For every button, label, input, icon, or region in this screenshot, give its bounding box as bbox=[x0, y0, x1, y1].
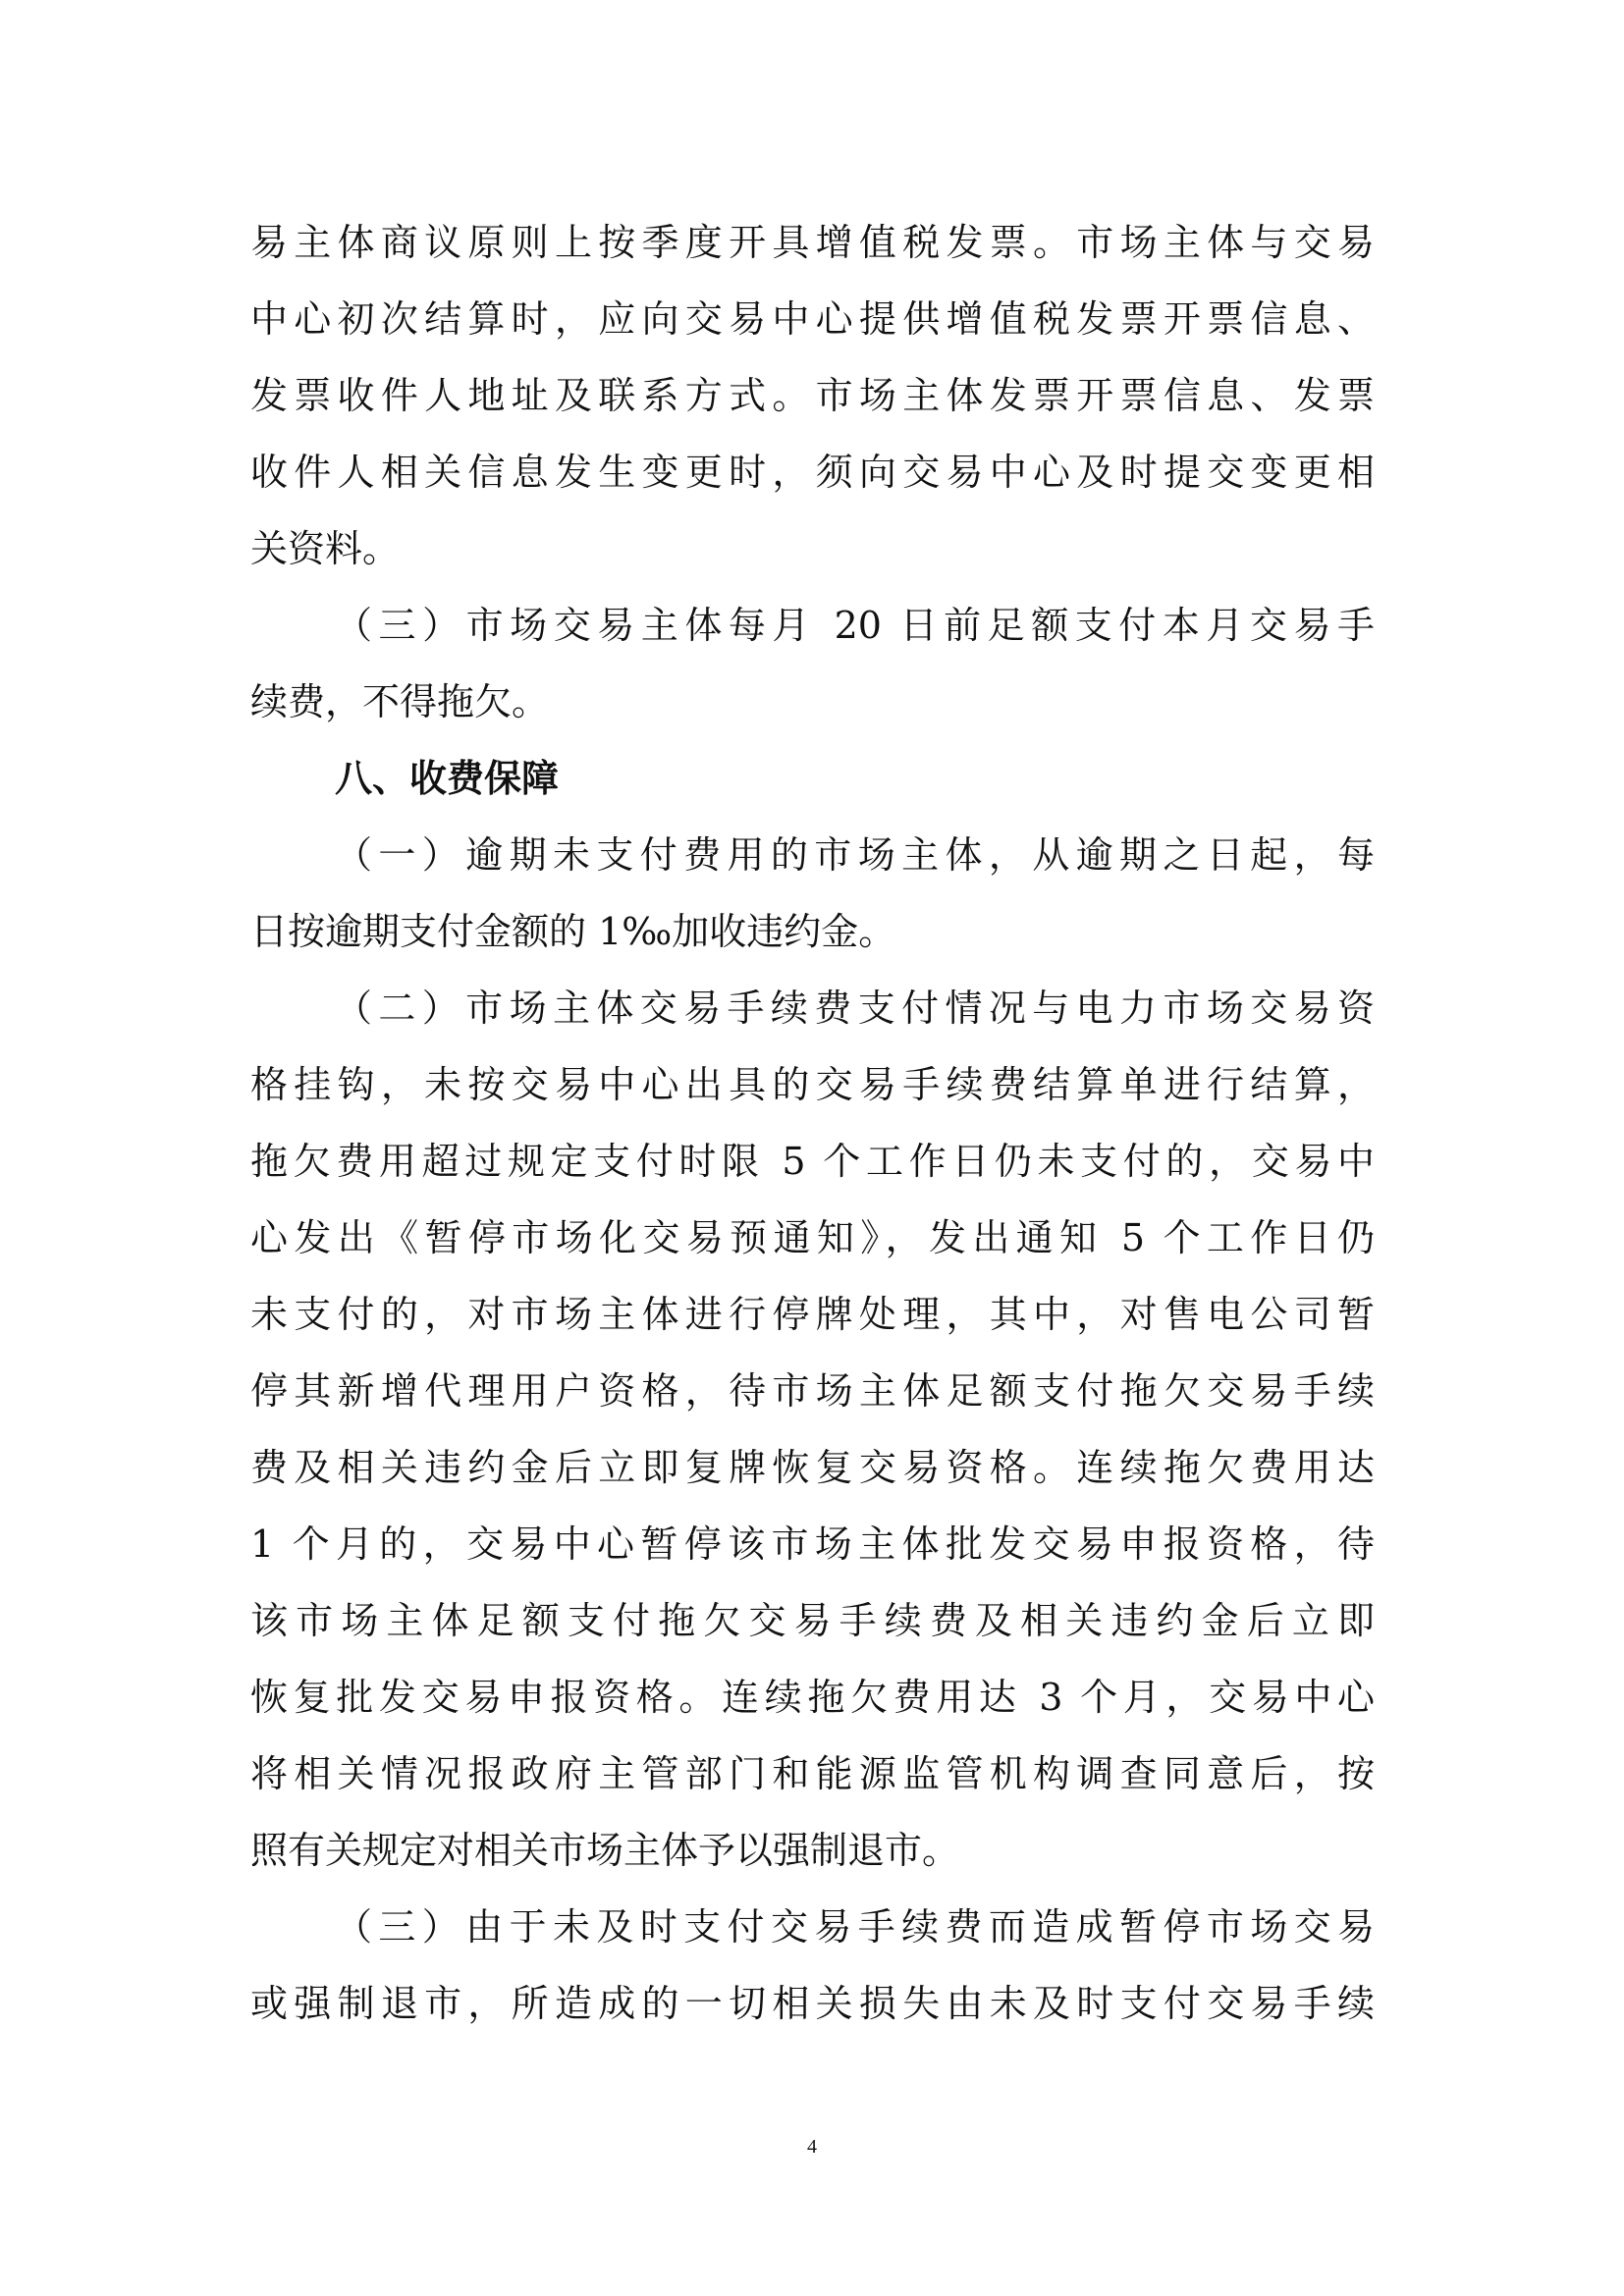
paragraph-end-line: 照有关规定对相关市场主体予以强制退市。 bbox=[250, 1812, 1375, 1889]
paragraph-end-line: 关资料。 bbox=[250, 510, 1375, 587]
paragraph-line: 费及相关违约金后立即复牌恢复交易资格。连续拖欠费用达 bbox=[250, 1429, 1375, 1506]
paragraph-line: 未支付的，对市场主体进行停牌处理，其中，对售电公司暂 bbox=[250, 1276, 1375, 1353]
document-page: 易主体商议原则上按季度开具增值税发票。市场主体与交易 中心初次结算时，应向交易中… bbox=[0, 0, 1624, 2296]
paragraph-continuation-line: 中心初次结算时，应向交易中心提供增值税发票开票信息、 bbox=[250, 281, 1375, 357]
clause-3-loss-liability: （三）由于未及时支付交易手续费而造成暂停市场交易 bbox=[250, 1889, 1375, 1965]
clause-3-payment-deadline: （三）市场交易主体每月 20 日前足额支付本月交易手 bbox=[250, 587, 1375, 664]
paragraph-line: 或强制退市，所造成的一切相关损失由未及时支付交易手续 bbox=[250, 1965, 1375, 2042]
paragraph-continuation-line: 发票收件人地址及联系方式。市场主体发票开票信息、发票 bbox=[250, 357, 1375, 434]
paragraph-line: 1 个月的，交易中心暂停该市场主体批发交易申报资格，待 bbox=[250, 1506, 1375, 1582]
paragraph-continuation-line: 易主体商议原则上按季度开具增值税发票。市场主体与交易 bbox=[250, 204, 1375, 281]
section-heading: 八、收费保障 bbox=[250, 740, 1375, 817]
paragraph-end-line: 续费，不得拖欠。 bbox=[250, 664, 1375, 740]
document-body: 易主体商议原则上按季度开具增值税发票。市场主体与交易 中心初次结算时，应向交易中… bbox=[250, 204, 1375, 2042]
paragraph-line: 该市场主体足额支付拖欠交易手续费及相关违约金后立即 bbox=[250, 1582, 1375, 1659]
clause-2-trading-eligibility: （二）市场主体交易手续费支付情况与电力市场交易资 bbox=[250, 970, 1375, 1046]
paragraph-line: 停其新增代理用户资格，待市场主体足额支付拖欠交易手续 bbox=[250, 1353, 1375, 1429]
clause-1-late-penalty: （一）逾期未支付费用的市场主体，从逾期之日起，每 bbox=[250, 817, 1375, 893]
paragraph-line: 将相关情况报政府主管部门和能源监管机构调查同意后，按 bbox=[250, 1735, 1375, 1812]
paragraph-line: 恢复批发交易申报资格。连续拖欠费用达 3 个月，交易中心 bbox=[250, 1659, 1375, 1735]
paragraph-line: 心发出《暂停市场化交易预通知》，发出通知 5 个工作日仍 bbox=[250, 1200, 1375, 1276]
page-number: 4 bbox=[0, 2136, 1624, 2159]
paragraph-end-line: 日按逾期支付金额的 1‰加收违约金。 bbox=[250, 893, 1375, 970]
paragraph-line: 格挂钩，未按交易中心出具的交易手续费结算单进行结算， bbox=[250, 1046, 1375, 1123]
paragraph-continuation-line: 收件人相关信息发生变更时，须向交易中心及时提交变更相 bbox=[250, 434, 1375, 510]
paragraph-line: 拖欠费用超过规定支付时限 5 个工作日仍未支付的，交易中 bbox=[250, 1123, 1375, 1200]
